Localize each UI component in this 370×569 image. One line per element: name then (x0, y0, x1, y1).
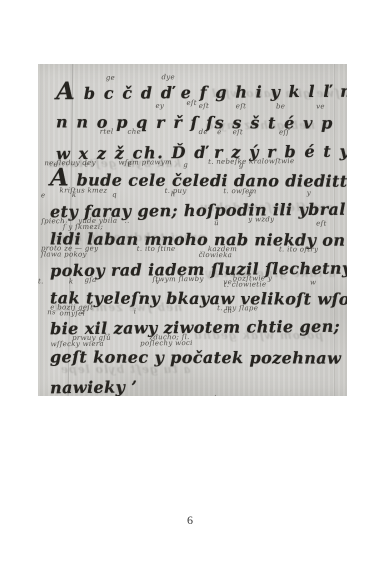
interlinear-gloss: q (112, 192, 117, 199)
interlinear-gloss: y (248, 191, 252, 198)
interlinear-gloss: · (214, 393, 217, 396)
manuscript-line: ····üeſtlidi laban mnoho nab niekdy onpr… (38, 219, 347, 250)
interlinear-gloss: ve (316, 104, 325, 111)
manuscript-line: gedyeA b c č d ď e f g h i y k l ľ meſt (38, 72, 347, 104)
manuscript-text: geſt konec y počatek pozehnaw (50, 349, 341, 366)
page-number: 6 (5, 513, 370, 528)
interlinear-gloss: k (72, 192, 77, 199)
interlinear-gloss: be (276, 104, 285, 111)
interlinear-gloss: eſt (236, 103, 246, 110)
manuscript-text: A b c č d ď e f g h i y k l ľ m (56, 77, 347, 104)
manuscript-text: n n o p q r ř ſ ſs s š t é v p (56, 115, 334, 132)
interlinear-gloss: z (81, 309, 85, 316)
manuscript-line: ekqhyyety faray gen; hoſpodin ili ybralſ… (38, 189, 347, 221)
interlinear-gloss: k (69, 279, 74, 286)
interlinear-gloss: y (307, 190, 311, 197)
manuscript-line: t.kvvewtak tyeleſny bkayaw velikoſt wſoe… (38, 277, 347, 308)
manuscript-line: w x z ž ch. Ď ď r z ý r b é t y:ſne ſled… (38, 130, 347, 162)
manuscript-text: nawieky ʼ (50, 380, 137, 396)
manuscript-lines: gedyeA b c č d ď e f g h i y k l ľ meſte… (38, 64, 347, 396)
manuscript-line: nawieky ʼ· (38, 365, 347, 396)
interlinear-gloss: i (134, 309, 137, 316)
interlinear-gloss: h (171, 191, 176, 198)
manuscript-text: w x z ž ch. Ď ď r z ý r b é t y:ſ (56, 143, 347, 162)
interlinear-gloss: ns (47, 310, 56, 317)
interlinear-gloss: ey (155, 103, 164, 110)
book-page: ſwe gim pano wſela neb gehoz mylokak byl… (0, 0, 370, 569)
manuscript-line: pokoy rad iadem ſluzil ſlechetnygſaſtwym… (38, 247, 347, 279)
interlinear-gloss: ch (223, 308, 232, 315)
interlinear-gloss: ·· (63, 220, 68, 227)
interlinear-gloss: eſt (199, 103, 209, 110)
interlinear-gloss: eſt (316, 221, 326, 228)
interlinear-gloss: t. (38, 278, 44, 285)
interlinear-gloss: e (41, 192, 46, 199)
interlinear-gloss: ·· (125, 220, 130, 227)
manuscript-line: geſt konec y počatek pozehnaw (38, 336, 347, 367)
interlinear-gloss: ve (223, 279, 232, 286)
manuscript-line: eeéggA bude cele čeledi dano diedittwiek… (38, 160, 347, 191)
manuscript-line: nszichbie xil zawy ziwotem chtie gen;prw… (38, 306, 347, 338)
interlinear-gloss: v (155, 279, 159, 286)
interlinear-gloss: ü (214, 221, 219, 228)
manuscript-line: eyeſteſtbeven n o p q r ř ſ ſs s š t é v… (38, 102, 347, 133)
manuscript-scan-image: ſwe gim pano wſela neb gehoz mylokak byl… (38, 64, 347, 396)
interlinear-gloss: w (310, 280, 316, 287)
